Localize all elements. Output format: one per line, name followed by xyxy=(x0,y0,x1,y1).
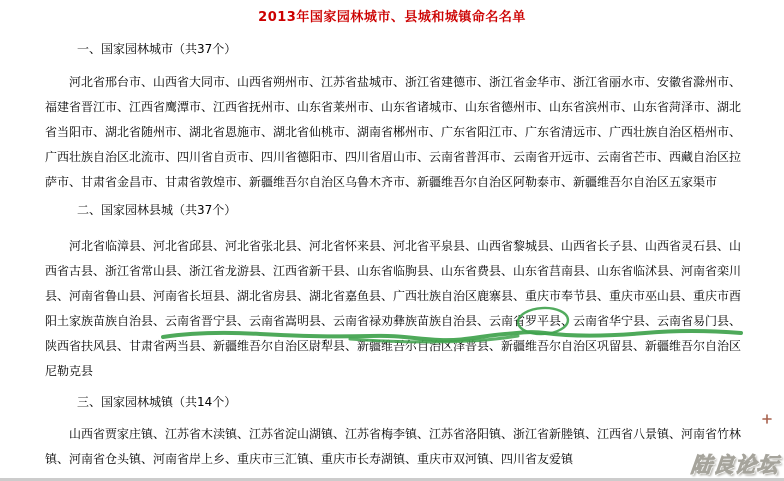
section-1-heading: 一、国家园林城市（共37个） xyxy=(45,37,784,62)
page-title: 2013年国家园林城市、县城和城镇命名名单 xyxy=(0,0,784,28)
section-2-heading: 二、国家园林县城（共37个） xyxy=(45,198,784,223)
text-line: 县、河南省鲁山县、河南省长垣县、湖北省房县、湖北省嘉鱼县、广西壮族自治区鹿寨县、… xyxy=(45,284,755,309)
text-line: 广西壮族自治区北流市、四川省自贡市、四川省德阳市、四川省眉山市、云南省普洱市、云… xyxy=(45,145,755,170)
watermark: 陆良论坛 xyxy=(689,449,780,479)
text-line: 河北省临漳县、河北省邱县、河北省张北县、河北省怀来县、河北省平泉县、山西省黎城县… xyxy=(45,234,755,259)
text-line: 福建省晋江市、江西省鹰潭市、江西省抚州市、山东省莱州市、山东省诸城市、山东省德州… xyxy=(45,95,755,120)
section-2-body: 河北省临漳县、河北省邱县、河北省张北县、河北省怀来县、河北省平泉县、山西省黎城县… xyxy=(45,234,755,384)
text-line: 陕西省扶风县、甘肃省两当县、新疆维吾尔自治区尉犁县、新疆维吾尔自治区泽普县、新疆… xyxy=(45,334,755,359)
section-1-body: 河北省邢台市、山西省大同市、山西省朔州市、江苏省盐城市、浙江省建德市、浙江省金华… xyxy=(45,70,755,195)
cursor-cross-icon xyxy=(763,415,771,423)
text-line: 萨市、甘肃省金昌市、甘肃省敦煌市、新疆维吾尔自治区乌鲁木齐市、新疆维吾尔自治区阿… xyxy=(45,170,755,195)
section-3-body: 山西省贾家庄镇、江苏省木渎镇、江苏省淀山湖镇、江苏省梅李镇、江苏省洛阳镇、浙江省… xyxy=(45,422,755,472)
section-3-heading: 三、国家园林城镇（共14个） xyxy=(45,390,784,415)
text-line: 省当阳市、湖北省随州市、湖北省恩施市、湖北省仙桃市、湖南省郴州市、广东省阳江市、… xyxy=(45,120,755,145)
text-line: 西省古县、浙江省常山县、浙江省龙游县、江西省新干县、山东省临朐县、山东省费县、山… xyxy=(45,259,755,284)
text-line: 尼勒克县 xyxy=(45,359,755,384)
text-line-underlined: 阳土家族苗族自治县、云南省晋宁县、云南省嵩明县、云南省禄劝彝族苗族自治县、云南省… xyxy=(45,309,755,334)
text-line: 河北省邢台市、山西省大同市、山西省朔州市、江苏省盐城市、浙江省建德市、浙江省金华… xyxy=(45,70,755,95)
text-line: 山西省贾家庄镇、江苏省木渎镇、江苏省淀山湖镇、江苏省梅李镇、江苏省洛阳镇、浙江省… xyxy=(45,422,755,447)
text-line: 镇、河南省仓头镇、河南省岸上乡、重庆市三汇镇、重庆市长寿湖镇、重庆市双河镇、四川… xyxy=(45,447,755,472)
